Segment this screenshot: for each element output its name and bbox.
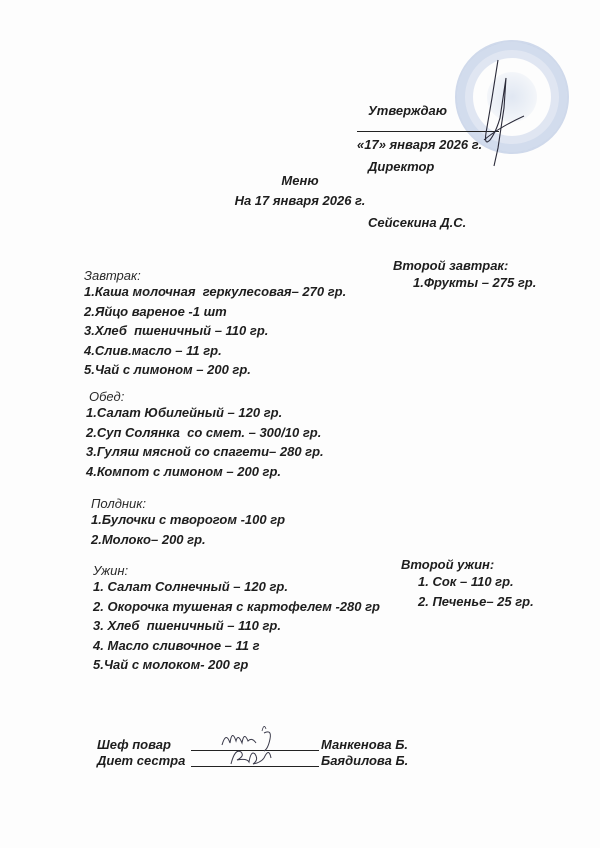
breakfast-items: 1.Каша молочная геркулесовая– 270 гр. 2.… bbox=[84, 282, 346, 380]
dietitian-signature-icon bbox=[225, 744, 280, 768]
signature-name: Баядилова Б. bbox=[321, 752, 408, 770]
menu-title: Меню bbox=[0, 173, 600, 188]
menu-item: 3. Хлеб пшеничный – 110 гр. bbox=[93, 616, 380, 636]
menu-item: 3.Гуляш мясной со спагети– 280 гр. bbox=[86, 442, 324, 462]
approval-label: Утверждаю bbox=[368, 102, 466, 119]
menu-item: 1. Сок – 110 гр. bbox=[418, 572, 534, 592]
signature-role: Диет сестра bbox=[97, 752, 185, 770]
menu-item: 2. Печенье– 25 гр. bbox=[418, 592, 534, 612]
menu-item: 1.Булочки с творогом -100 гр bbox=[91, 510, 285, 530]
menu-item: 1.Каша молочная геркулесовая– 270 гр. bbox=[84, 282, 346, 302]
director-signature-icon bbox=[478, 58, 528, 168]
second-breakfast-items: 1.Фрукты – 275 гр. bbox=[413, 273, 536, 293]
approval-date: «17» января 2026 г. bbox=[357, 135, 482, 155]
approval-director-name: Сейсекина Д.С. bbox=[368, 214, 466, 231]
dinner-items: 1. Салат Солнечный – 120 гр. 2. Окорочка… bbox=[93, 577, 380, 675]
menu-item: 2.Суп Солянка со смет. – 300/10 гр. bbox=[86, 423, 324, 443]
menu-item: 1.Фрукты – 275 гр. bbox=[413, 273, 536, 293]
menu-item: 4.Компот с лимоном – 200 гр. bbox=[86, 462, 324, 482]
menu-item: 5.Чай с лимоном – 200 гр. bbox=[84, 360, 346, 380]
menu-item: 4. Масло сливочное – 11 г bbox=[93, 636, 380, 656]
menu-date: На 17 января 2026 г. bbox=[0, 193, 600, 208]
snack-items: 1.Булочки с творогом -100 гр 2.Молоко– 2… bbox=[91, 510, 285, 549]
approval-block: Утверждаю Директор Сейсекина Д.С. bbox=[368, 63, 466, 251]
menu-item: 2.Яйцо вареное -1 шт bbox=[84, 302, 346, 322]
menu-item: 4.Слив.масло – 11 гр. bbox=[84, 341, 346, 361]
lunch-items: 1.Салат Юбилейный – 120 гр. 2.Суп Солянк… bbox=[86, 403, 324, 481]
menu-item: 1.Салат Юбилейный – 120 гр. bbox=[86, 403, 324, 423]
menu-item: 2.Молоко– 200 гр. bbox=[91, 530, 285, 550]
menu-item: 5.Чай с молоком- 200 гр bbox=[93, 655, 380, 675]
menu-item: 1. Салат Солнечный – 120 гр. bbox=[93, 577, 380, 597]
second-dinner-items: 1. Сок – 110 гр. 2. Печенье– 25 гр. bbox=[418, 572, 534, 611]
menu-item: 3.Хлеб пшеничный – 110 гр. bbox=[84, 321, 346, 341]
menu-item: 2. Окорочка тушеная с картофелем -280 гр bbox=[93, 597, 380, 617]
